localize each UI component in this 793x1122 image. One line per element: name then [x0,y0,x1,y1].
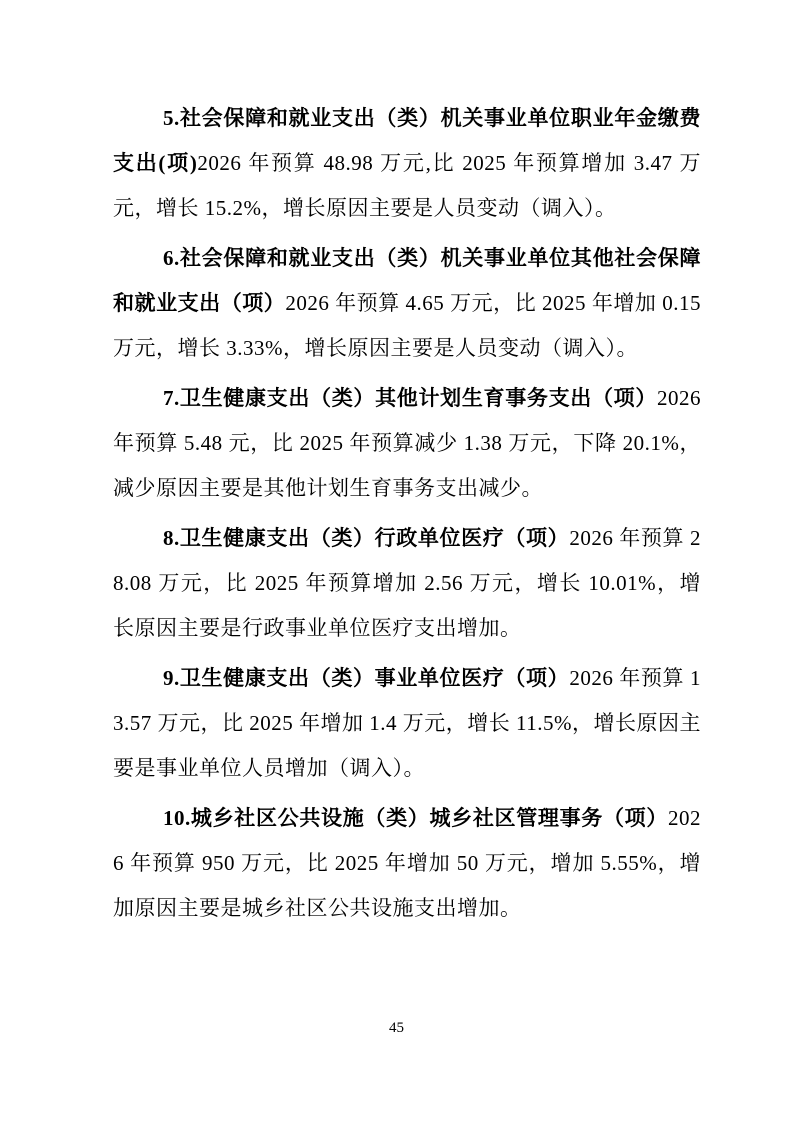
page-number: 45 [0,1020,793,1037]
paragraph-heading: 9.卫生健康支出（类）事业单位医疗（项） [163,666,569,690]
budget-paragraph-8: 8.卫生健康支出（类）行政单位医疗（项）2026 年预算 28.08 万元，比 … [113,516,701,651]
budget-paragraph-10: 10.城乡社区公共设施（类）城乡社区管理事务（项）2026 年预算 950 万元… [113,796,701,931]
budget-paragraph-9: 9.卫生健康支出（类）事业单位医疗（项）2026 年预算 13.57 万元，比 … [113,656,701,791]
document-page: 5.社会保障和就业支出（类）机关事业单位职业年金缴费支出(项)2026 年预算 … [0,0,793,1122]
budget-paragraph-7: 7.卫生健康支出（类）其他计划生育事务支出（项）2026 年预算 5.48 元，… [113,376,701,511]
paragraph-body: 2026 年预算 48.98 万元,比 2025 年预算增加 3.47 万元，增… [113,151,701,220]
paragraph-heading: 7.卫生健康支出（类）其他计划生育事务支出（项） [163,386,657,410]
paragraph-heading: 10.城乡社区公共设施（类）城乡社区管理事务（项） [163,806,668,830]
budget-paragraph-5: 5.社会保障和就业支出（类）机关事业单位职业年金缴费支出(项)2026 年预算 … [113,96,701,231]
paragraph-heading: 8.卫生健康支出（类）行政单位医疗（项） [163,526,569,550]
document-content: 5.社会保障和就业支出（类）机关事业单位职业年金缴费支出(项)2026 年预算 … [113,96,701,936]
budget-paragraph-6: 6.社会保障和就业支出（类）机关事业单位其他社会保障和就业支出（项）2026 年… [113,236,701,371]
